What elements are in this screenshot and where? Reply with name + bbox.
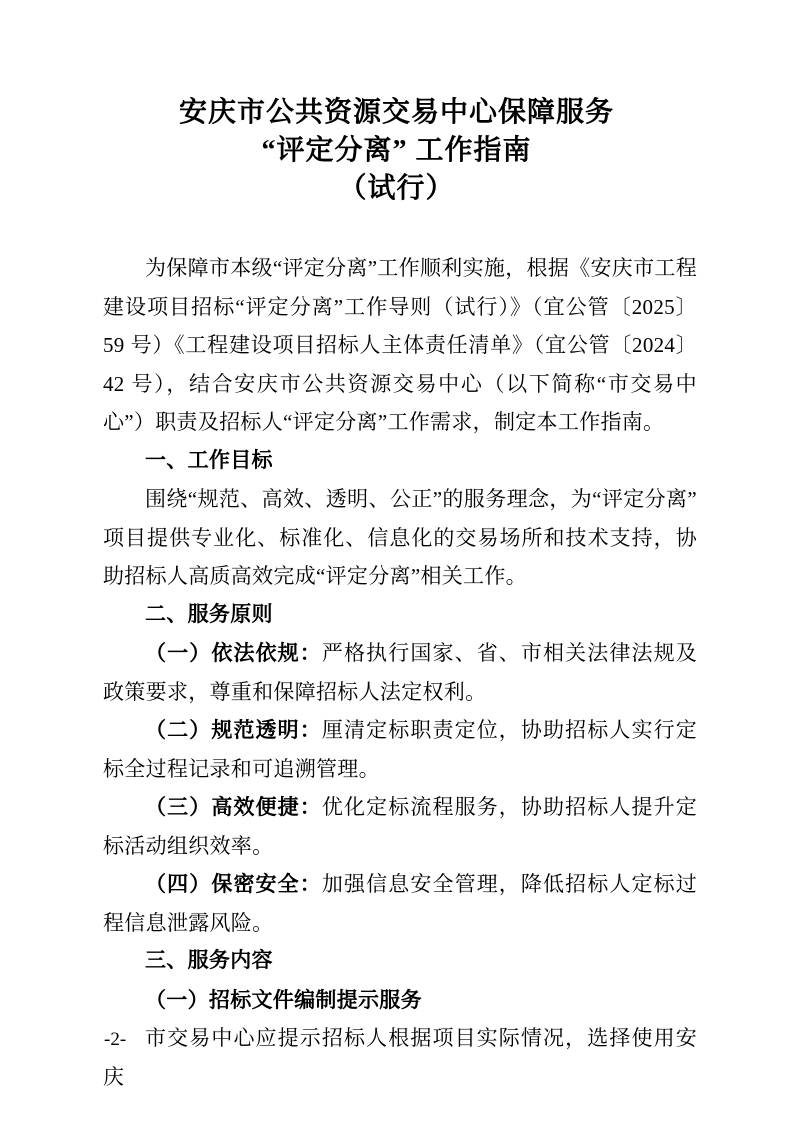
document-title: 安庆市公共资源交易中心保障服务 “评定分离” 工作指南 （试行） [0,0,793,208]
document-body: 为保障市本级“评定分离”工作顺利实施，根据《安庆市工程建设项目招标“评定分离”工… [103,249,697,1096]
principle-item-2-label: （二）规范透明： [145,718,322,742]
paragraph-preamble: 为保障市本级“评定分离”工作顺利实施，根据《安庆市工程建设项目招标“评定分离”工… [103,249,697,442]
principle-item-1-label: （一）依法依规： [145,641,322,665]
title-line-3: （试行） [0,170,793,208]
document-page: 安庆市公共资源交易中心保障服务 “评定分离” 工作指南 （试行） 为保障市本级“… [0,0,793,1122]
principle-item-1: （一）依法依规：严格执行国家、省、市相关法律法规及政策要求，尊重和保障招标人法定… [103,634,697,711]
principle-item-3: （三）高效便捷：优化定标流程服务，协助招标人提升定标活动组织效率。 [103,788,697,865]
page-number: -2- [104,1028,126,1052]
principle-item-4-label: （四）保密安全： [145,872,322,896]
principle-item-2: （二）规范透明：厘清定标职责定位，协助招标人实行定标全过程记录和可追溯管理。 [103,711,697,788]
paragraph-work-goal: 围绕“规范、高效、透明、公正”的服务理念，为“评定分离”项目提供专业化、标准化、… [103,480,697,596]
title-line-1: 安庆市公共资源交易中心保障服务 [0,94,793,132]
paragraph-service-content-intro: 市交易中心应提示招标人根据项目实际情况，选择使用安庆 [103,1019,697,1096]
principle-item-4: （四）保密安全：加强信息安全管理，降低招标人定标过程信息泄露风险。 [103,865,697,942]
section-heading-work-goal: 一、工作目标 [103,442,697,481]
title-line-2: “评定分离” 工作指南 [0,132,793,170]
section-heading-service-principles: 二、服务原则 [103,596,697,635]
section-heading-service-content: 三、服务内容 [103,942,697,981]
principle-item-3-label: （三）高效便捷： [145,795,322,819]
subsection-heading-bid-document-service: （一）招标文件编制提示服务 [103,981,697,1020]
